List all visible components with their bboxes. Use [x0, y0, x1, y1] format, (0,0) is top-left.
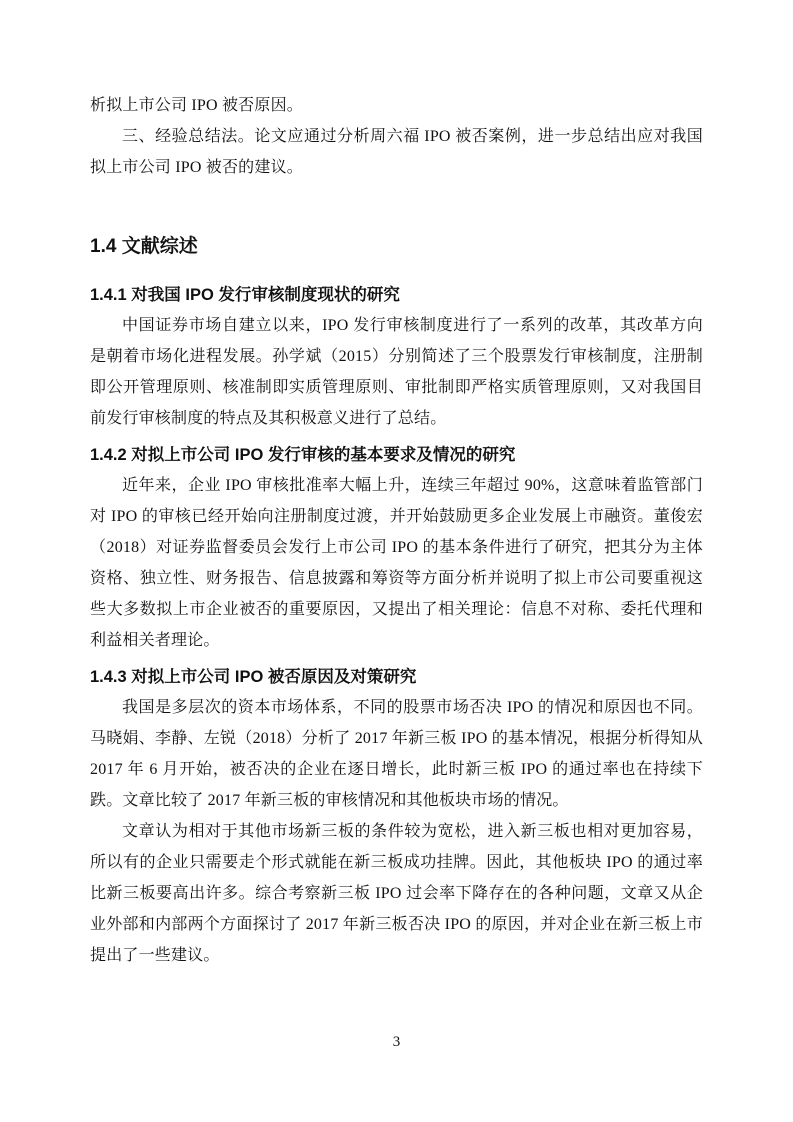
paragraph-continuation: 析拟上市公司 IPO 被否原因。 [90, 90, 703, 121]
page-number: 3 [0, 1034, 793, 1051]
paragraph-1-4-1: 中国证券市场自建立以来，IPO 发行审核制度进行了一系列的改革，其改革方向是朝着… [90, 310, 703, 434]
paragraph-1-4-3-a: 我国是多层次的资本市场体系，不同的股票市场否决 IPO 的情况和原因也不同。马晓… [90, 692, 703, 816]
section-heading-1-4: 1.4 文献综述 [90, 234, 703, 260]
paragraph-intro: 三、经验总结法。论文应通过分析周六福 IPO 被否案例，进一步总结出应对我国拟上… [90, 121, 703, 183]
subsection-heading-1-4-3: 1.4.3 对拟上市公司 IPO 被否原因及对策研究 [90, 665, 703, 689]
paragraph-1-4-2: 近年来，企业 IPO 审核批准率大幅上升，连续三年超过 90%，这意味着监管部门… [90, 470, 703, 656]
paragraph-1-4-3-b: 文章认为相对于其他市场新三板的条件较为宽松，进入新三板也相对更加容易，所以有的企… [90, 816, 703, 971]
subsection-heading-1-4-2: 1.4.2 对拟上市公司 IPO 发行审核的基本要求及情况的研究 [90, 443, 703, 467]
document-page: 析拟上市公司 IPO 被否原因。 三、经验总结法。论文应通过分析周六福 IPO … [0, 0, 793, 1122]
subsection-heading-1-4-1: 1.4.1 对我国 IPO 发行审核制度现状的研究 [90, 283, 703, 307]
